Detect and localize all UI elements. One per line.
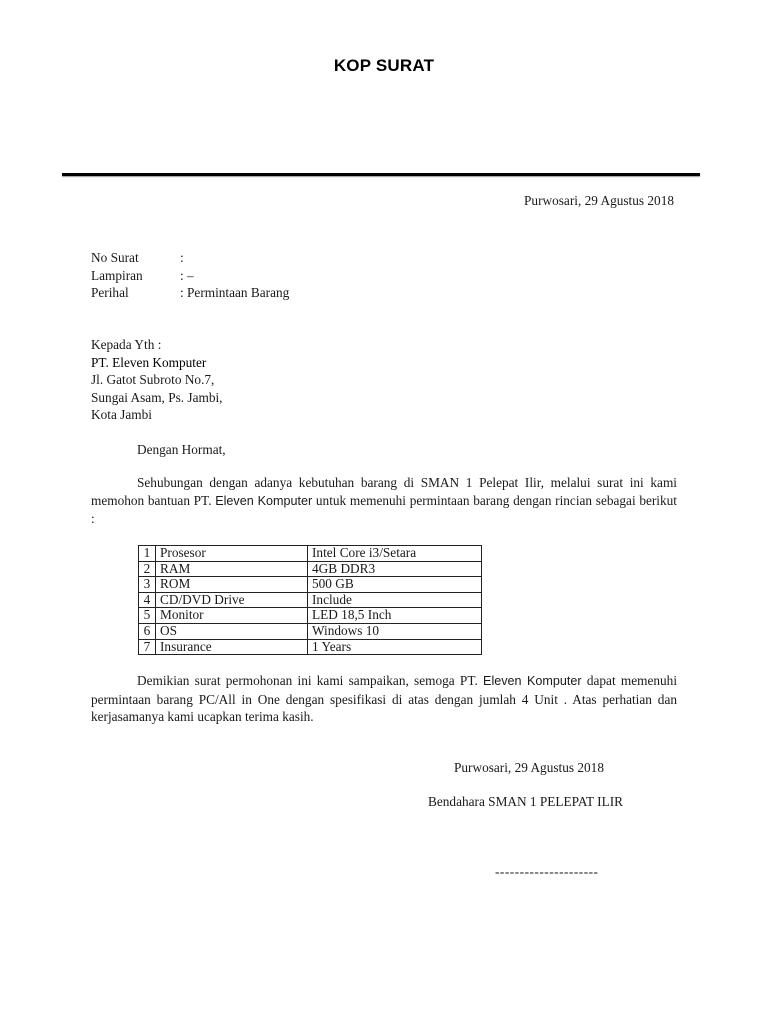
greeting: Dengan Hormat, [137,442,226,458]
meta-value: : Permintaan Barang [180,284,289,302]
table-cell-value: 1 Years [308,639,482,655]
opening-paragraph: Sehubungan dengan adanya kebutuhan baran… [91,474,677,528]
table-row: 4CD/DVD DriveInclude [139,592,482,608]
table-cell-no: 1 [139,546,156,562]
signature-role: Bendahara SMAN 1 PELEPAT ILIR [428,794,623,810]
recipient-address-line3: Kota Jambi [91,406,223,424]
meta-label: Lampiran [91,267,180,285]
company-name: Eleven Komputer [483,674,582,688]
table-cell-value: Include [308,592,482,608]
table-cell-no: 2 [139,561,156,577]
table-cell-item: Monitor [156,608,308,624]
recipient-salutation: Kepada Yth : [91,336,223,354]
recipient-block: Kepada Yth : PT. Eleven Komputer Jl. Gat… [91,336,223,424]
table-cell-value: LED 18,5 Inch [308,608,482,624]
letter-date: Purwosari, 29 Agustus 2018 [524,193,674,209]
recipient-address-line2: Sungai Asam, Ps. Jambi, [91,389,223,407]
signature-date: Purwosari, 29 Agustus 2018 [454,760,604,776]
letterhead-title: KOP SURAT [0,56,768,76]
spec-table: 1ProsesorIntel Core i3/Setara2RAM4GB DDR… [138,545,482,655]
table-row: 3ROM500 GB [139,577,482,593]
table-cell-no: 5 [139,608,156,624]
meta-value: : [180,249,184,267]
table-cell-item: Insurance [156,639,308,655]
table-cell-item: ROM [156,577,308,593]
closing-paragraph: Demikian surat permohonan ini kami sampa… [91,672,677,726]
paragraph-text: Demikian surat permohonan ini kami sampa… [137,673,483,688]
table-cell-value: 4GB DDR3 [308,561,482,577]
meta-value: : – [180,267,194,285]
table-row: 2RAM4GB DDR3 [139,561,482,577]
meta-label: No Surat [91,249,180,267]
table-cell-no: 3 [139,577,156,593]
table-row: 1ProsesorIntel Core i3/Setara [139,546,482,562]
table-cell-value: Windows 10 [308,623,482,639]
table-cell-item: OS [156,623,308,639]
table-cell-no: 4 [139,592,156,608]
table-row: 5MonitorLED 18,5 Inch [139,608,482,624]
signature-name-line: --------------------- [495,864,599,880]
table-cell-item: CD/DVD Drive [156,592,308,608]
table-cell-value: 500 GB [308,577,482,593]
meta-label: Perihal [91,284,180,302]
table-cell-value: Intel Core i3/Setara [308,546,482,562]
table-cell-item: RAM [156,561,308,577]
table-cell-no: 7 [139,639,156,655]
letter-meta: No Surat : Lampiran : – Perihal : Permin… [91,249,289,302]
company-name: Eleven Komputer [215,494,312,508]
table-row: 6OSWindows 10 [139,623,482,639]
table-row: 7Insurance1 Years [139,639,482,655]
recipient-company: PT. Eleven Komputer [91,354,223,372]
meta-row-perihal: Perihal : Permintaan Barang [91,284,289,302]
meta-row-no-surat: No Surat : [91,249,289,267]
letterhead-divider [62,173,700,176]
meta-row-lampiran: Lampiran : – [91,267,289,285]
table-cell-item: Prosesor [156,546,308,562]
table-cell-no: 6 [139,623,156,639]
recipient-address-line1: Jl. Gatot Subroto No.7, [91,371,223,389]
